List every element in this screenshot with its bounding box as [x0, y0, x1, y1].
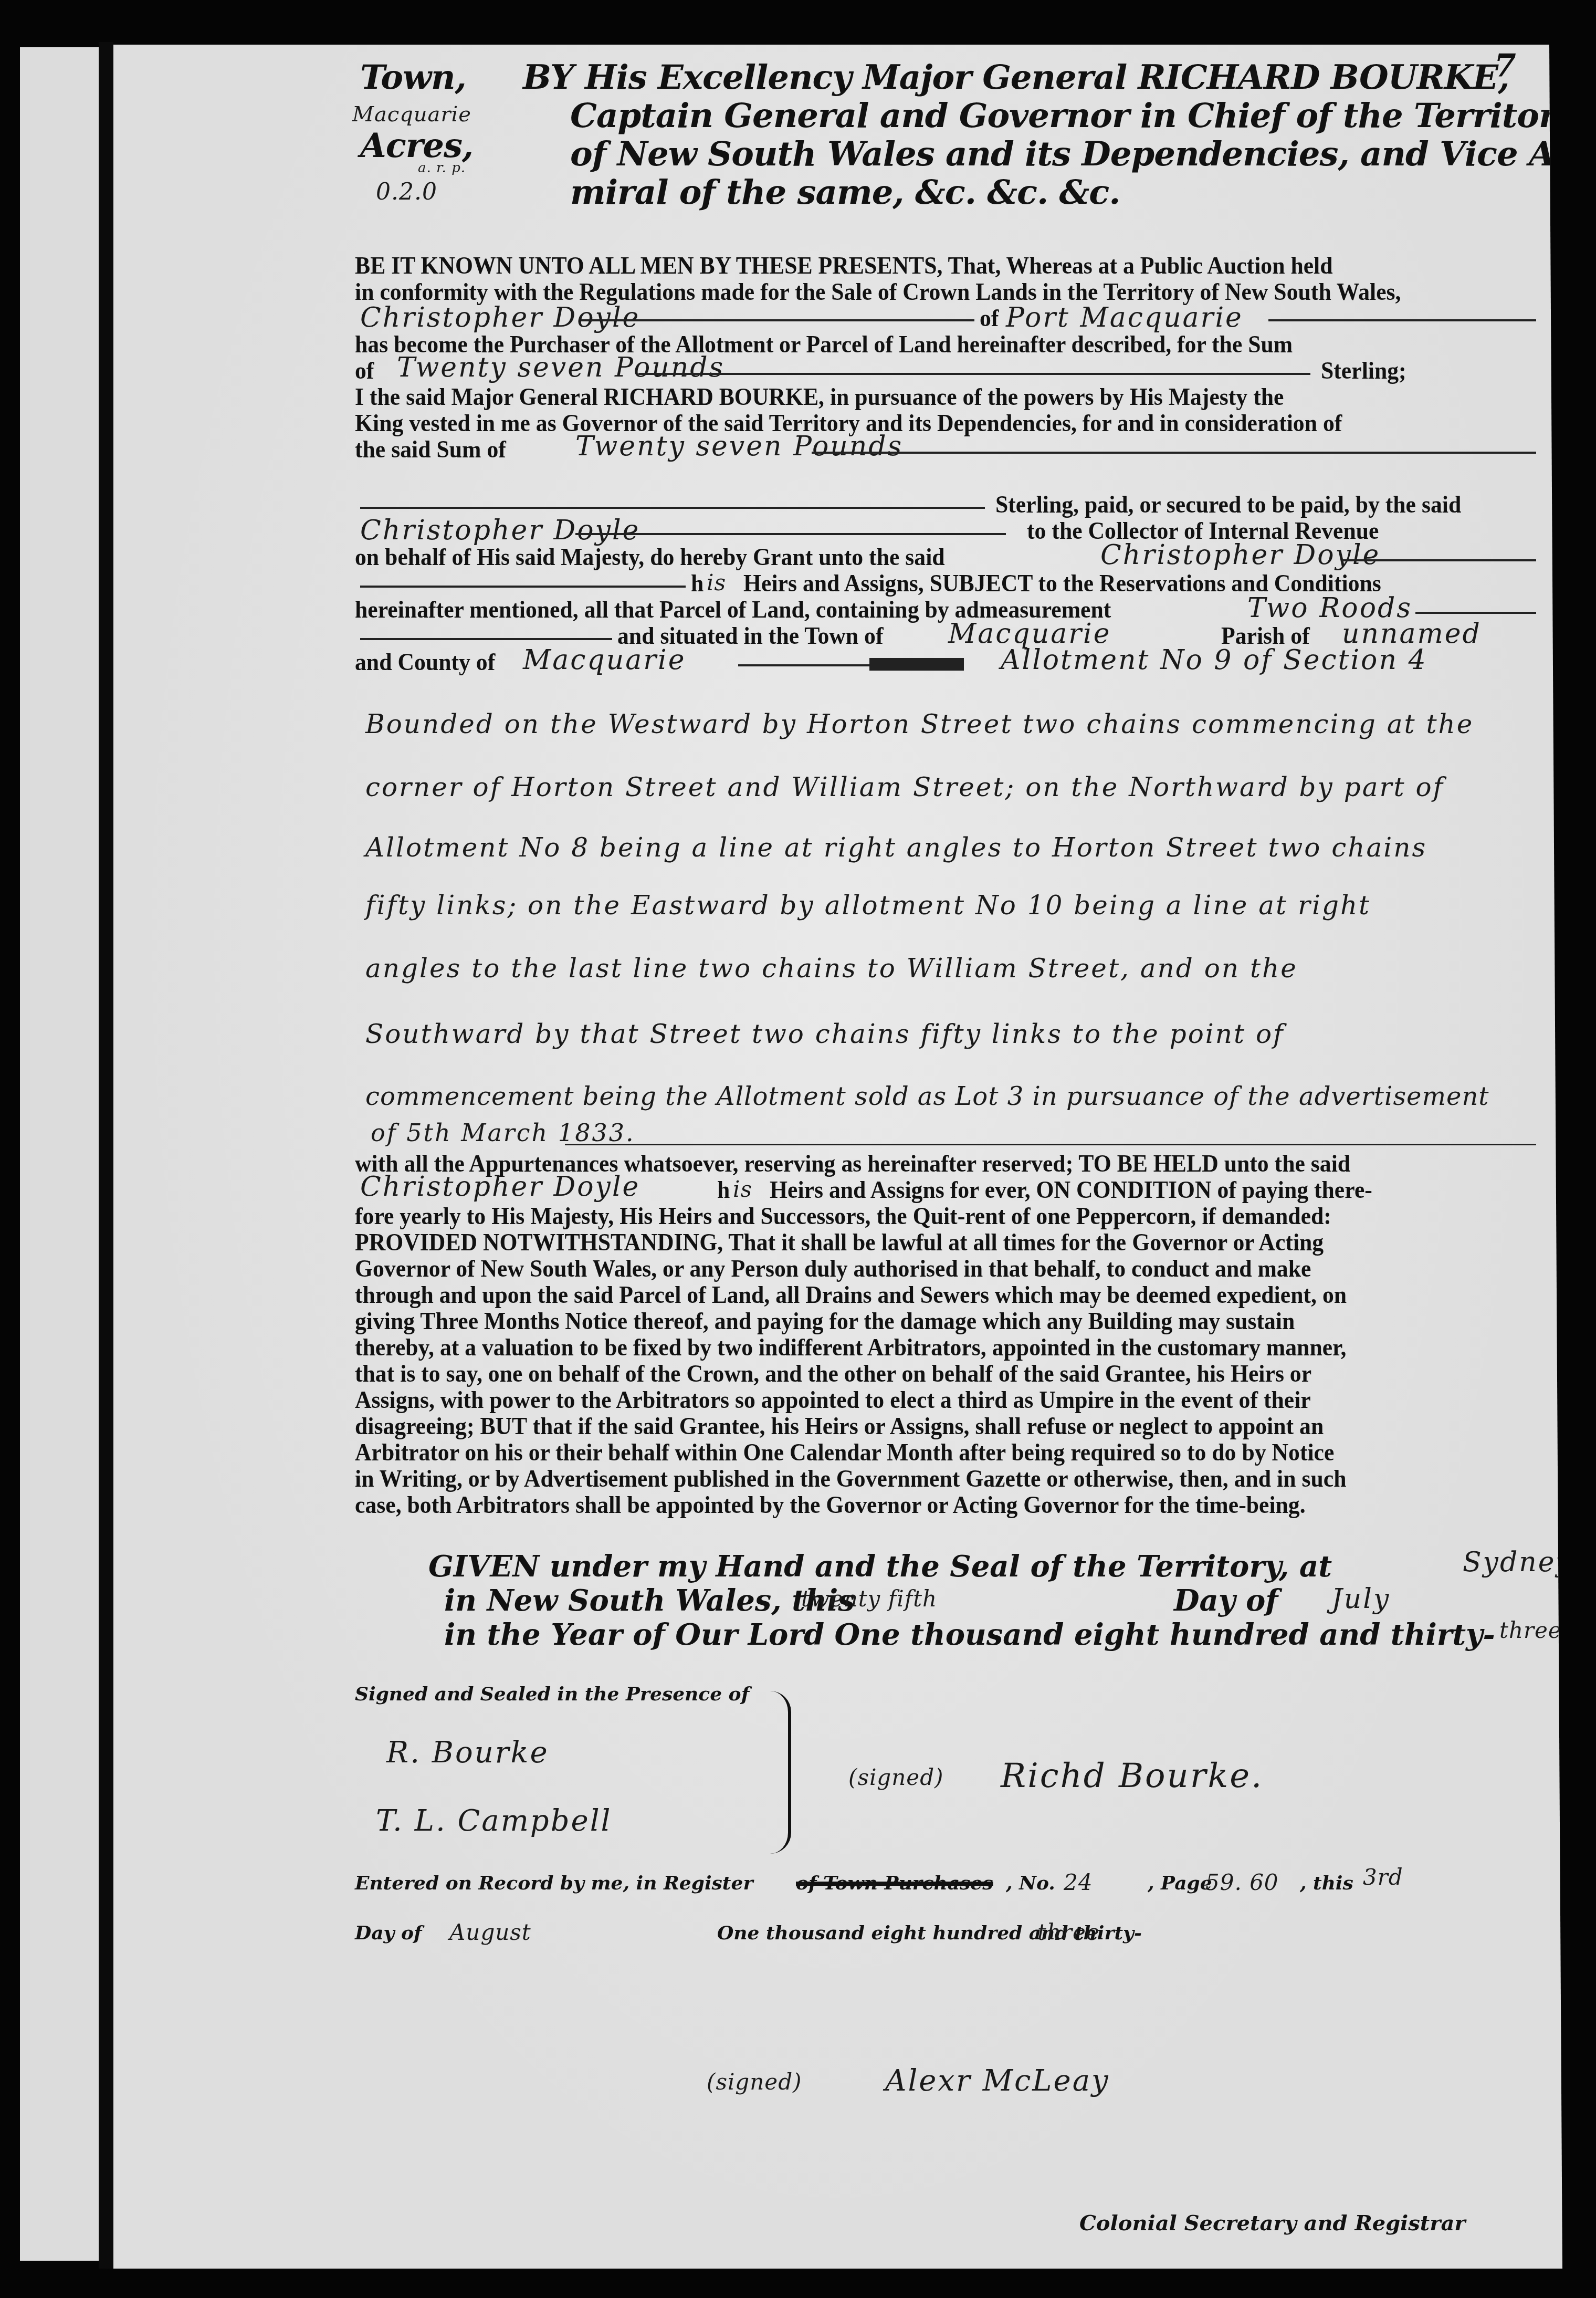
condition-line-13: in Writing, or by Advertisement publishe… [355, 1465, 1346, 1492]
witness-2: T. L. Campbell [376, 1804, 612, 1838]
fill-line [575, 533, 1006, 535]
struck-register-name: of Town Purchases [796, 1872, 993, 1894]
adjacent-page-strip [20, 47, 99, 2261]
witness-label: Signed and Sealed in the Presence of [355, 1683, 749, 1705]
condition-line-4: PROVIDED NOTWITHSTANDING, That it shall … [355, 1229, 1324, 1256]
description-line: Bounded on the Westward by Horton Street… [365, 709, 1474, 739]
grant-line-8: the said Sum of [355, 436, 506, 463]
secretary-signature: Alexr McLeay [885, 2064, 1110, 2098]
secretary-title: Colonial Secretary and Registrar [1079, 2211, 1465, 2236]
grant-line-1: BE IT KNOWN UNTO ALL MEN BY THESE PRESEN… [355, 252, 1333, 279]
description-line: angles to the last line two chains to Wi… [365, 953, 1298, 984]
his-fill: is [707, 570, 726, 596]
town-label: Town, [360, 60, 466, 95]
entry-day: 3rd [1363, 1864, 1403, 1890]
grantee-name: Christopher Doyle [1100, 539, 1380, 571]
condition-line-10: Assigns, with power to the Arbitrators s… [355, 1386, 1311, 1414]
condition-line-6: through and upon the said Parcel of Land… [355, 1281, 1347, 1309]
town-value: Macquarie [352, 102, 471, 127]
this-label: , this [1300, 1872, 1353, 1894]
governor-signature: Richd Bourke. [1001, 1757, 1263, 1795]
given-line-1: GIVEN under my Hand and the Seal of the … [428, 1549, 1332, 1584]
acres-value: 0.2.0 [376, 179, 437, 205]
given-place: Sydney [1463, 1547, 1573, 1578]
fill-line [638, 373, 1310, 375]
fill-line [1268, 319, 1536, 321]
sum-amount-2: Twenty seven Pounds [575, 431, 903, 462]
sterling-label: Sterling; [1321, 357, 1406, 384]
fill-line [1342, 559, 1536, 561]
fill-line [360, 507, 985, 509]
fill-line [360, 638, 612, 640]
given-day: twenty fifth [801, 1586, 937, 1612]
payer-name: Christopher Doyle [360, 515, 640, 546]
secretary-signed-note: (signed) [707, 2069, 802, 2095]
given-line-2: in New South Wales, this [444, 1583, 855, 1618]
condition-line-8: thereby, at a valuation to be fixed by t… [355, 1334, 1346, 1361]
entry-month: August [449, 1919, 531, 1945]
heading-line-3: of New South Wales and its Dependencies,… [570, 137, 1591, 172]
holder-name: Christopher Doyle [360, 1171, 640, 1203]
of-label: of [355, 357, 374, 384]
description-line: Southward by that Street two chains fift… [365, 1019, 1285, 1049]
heading-line-2: Captain General and Governor in Chief of… [570, 99, 1575, 133]
register-number: 24 [1064, 1869, 1093, 1895]
purchaser-name: Christopher Doyle [360, 302, 640, 333]
entry-line-1: Entered on Record by me, in Register [355, 1872, 753, 1894]
fill-line [360, 586, 686, 588]
heading-line-4: miral of the same, &c. &c. &c. [570, 175, 1120, 210]
condition-line-3: fore yearly to His Majesty, His Heirs an… [355, 1203, 1331, 1230]
acres-label: Acres, [360, 129, 473, 163]
binding-gap [99, 42, 113, 2269]
no-label: , No. [1006, 1872, 1055, 1894]
condition-line-14: case, both Arbitrators shall be appointe… [355, 1491, 1306, 1519]
signed-note: (signed) [848, 1764, 943, 1790]
witness-1: R. Bourke [386, 1736, 549, 1770]
grant-line-9: Sterling, paid, or secured to be paid, b… [995, 491, 1461, 518]
description-line: corner of Horton Street and William Stre… [365, 772, 1444, 802]
county-label: and County of [355, 649, 495, 676]
brace [767, 1691, 791, 1854]
given-line-3: in the Year of Our Lord One thousand eig… [444, 1617, 1495, 1652]
purchaser-place: Port Macquarie [1006, 302, 1243, 333]
condition-line-9: that is to say, one on behalf of the Cro… [355, 1360, 1311, 1387]
condition-line-11: disagreeing; BUT that if the said Grante… [355, 1413, 1324, 1440]
fill-line [581, 319, 974, 321]
sum-amount: Twenty seven Pounds [397, 352, 724, 383]
description-line: Allotment No 8 being a line at right ang… [365, 832, 1427, 863]
fill-line [565, 1144, 1536, 1145]
his-fill: is [733, 1176, 752, 1202]
allotment-number: Allotment No 9 of Section 4 [1001, 644, 1427, 676]
day-of-label: Day of [1174, 1583, 1278, 1618]
description-line: of 5th March 1833. [371, 1119, 635, 1147]
land-grant-document: 7 Town, Macquarie Acres, a. r. p. 0.2.0 … [113, 45, 1562, 2269]
condition-line-2: Heirs and Assigns for ever, ON CONDITION… [770, 1176, 1372, 1204]
struck-out-text [869, 658, 964, 671]
grant-line-11: on behalf of His said Majesty, do hereby… [355, 544, 945, 571]
given-month: July [1331, 1583, 1390, 1615]
description-line: commencement being the Allotment sold as… [365, 1082, 1489, 1111]
fill-line [738, 664, 869, 666]
grant-line-6: I the said Major General RICHARD BOURKE,… [355, 383, 1284, 411]
heading-line-1: BY His Excellency Major General RICHARD … [523, 60, 1509, 95]
condition-line-5: Governor of New South Wales, or any Pers… [355, 1255, 1311, 1282]
condition-line-7: giving Three Months Notice thereof, and … [355, 1308, 1295, 1335]
entry-year: three [1037, 1919, 1100, 1945]
description-line: fifty links; on the Eastward by allotmen… [365, 890, 1371, 921]
acres-units: a. r. p. [418, 160, 466, 176]
fill-line [812, 452, 1536, 454]
register-page: 59. 60 [1205, 1869, 1279, 1895]
given-year: three [1499, 1617, 1562, 1643]
day-of-label: Day of [355, 1922, 422, 1944]
fill-line [1415, 612, 1536, 614]
page-label: , Page [1148, 1872, 1212, 1894]
county-name: Macquarie [523, 644, 686, 676]
of-label: of [980, 305, 999, 332]
condition-line-12: Arbitrator on his or their behalf within… [355, 1439, 1334, 1466]
